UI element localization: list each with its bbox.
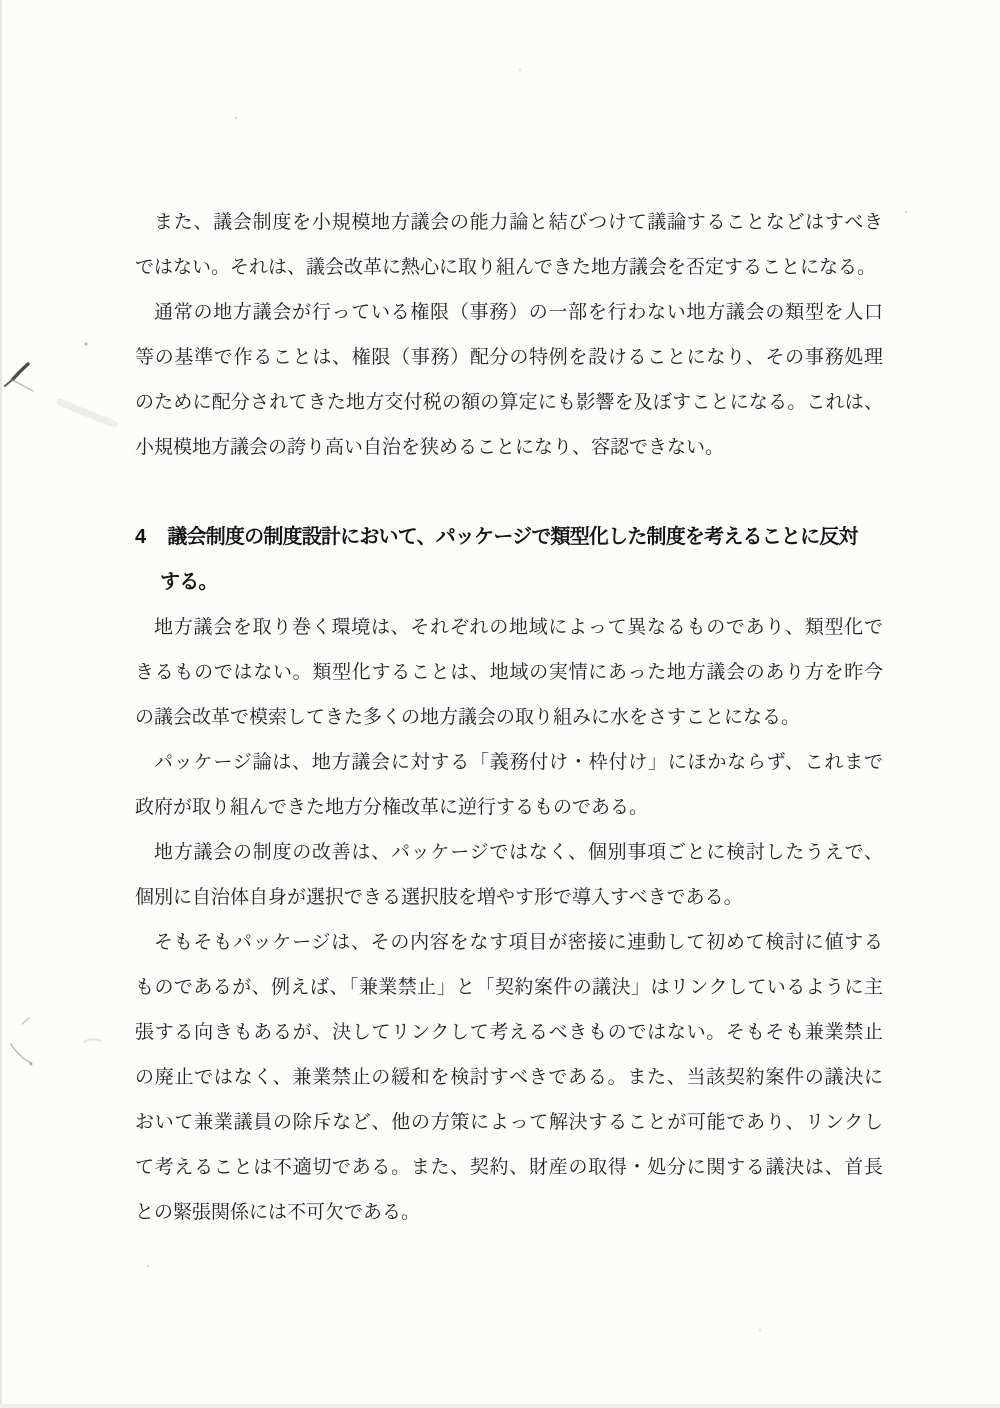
text-line: て考えることは不適切である。また、契約、財産の取得・処分に関する議決は、首長 <box>135 1145 883 1190</box>
smear-artifact <box>60 402 114 424</box>
text-line: 政府が取り組んできた地方分権改革に逆行するものである。 <box>135 785 883 830</box>
text-line: の議会改革で模索してきた多くの地方議会の取り組みに水をさすことになる。 <box>135 695 883 740</box>
text-line: 小規模地方議会の誇り高い自治を狭めることになり、容認できない。 <box>135 425 883 470</box>
paragraph: また、議会制度を小規模地方議会の能力論と結びつけて議論することなどはすべき では… <box>135 200 883 290</box>
heading-line: 4議会制度の制度設計において、パッケージで類型化した制度を考えることに反対 <box>135 515 883 560</box>
text-line: のために配分されてきた地方交付税の額の算定にも影響を及ぼすことになる。これは、 <box>135 380 883 425</box>
text-line: 通常の地方議会が行っている権限（事務）の一部を行わない地方議会の類型を人口 <box>135 290 883 335</box>
paragraph: 地方議会の制度の改善は、パッケージではなく、個別事項ごとに検討したうえで、 個別… <box>135 830 883 920</box>
text-line: そもそもパッケージは、その内容をなす項目が密接に連動して初めて検討に値する <box>135 920 883 965</box>
paragraph: 地方議会を取り巻く環境は、それぞれの地域によって異なるものであり、類型化で きる… <box>135 605 883 740</box>
text-line: 地方議会の制度の改善は、パッケージではなく、個別事項ごとに検討したうえで、 <box>135 830 883 875</box>
text-column: また、議会制度を小規模地方議会の能力論と結びつけて議論することなどはすべき では… <box>135 200 883 1235</box>
paragraph: 通常の地方議会が行っている権限（事務）の一部を行わない地方議会の類型を人口 等の… <box>135 290 883 470</box>
text-line: 張する向きもあるが、決してリンクして考えるべきものではない。そもそも兼業禁止 <box>135 1010 883 1055</box>
section-heading: 4議会制度の制度設計において、パッケージで類型化した制度を考えることに反対 する… <box>135 515 883 605</box>
streak-artifact <box>11 1018 101 1066</box>
paragraph: パッケージ論は、地方議会に対する「義務付け・枠付け」にほかならず、これまで 政府… <box>135 740 883 830</box>
text-line: の廃止ではなく、兼業禁止の緩和を検討すべきである。また、当該契約案件の議決に <box>135 1055 883 1100</box>
text-line: きるものではない。類型化することは、地域の実情にあった地方議会のあり方を昨今 <box>135 650 883 695</box>
text-line: 地方議会を取り巻く環境は、それぞれの地域によって異なるものであり、類型化で <box>135 605 883 650</box>
text-line: ではない。それは、議会改革に熱心に取り組んできた地方議会を否定することになる。 <box>135 245 883 290</box>
blank-line <box>135 470 883 515</box>
section-number: 4 <box>135 515 145 560</box>
paper-edge-bottom <box>0 1404 1000 1408</box>
text-line: 個別に自治体自身が選択できる選択肢を増やす形で導入すべきである。 <box>135 875 883 920</box>
text-line: 等の基準で作ることは、権限（事務）配分の特例を設けることになり、その事務処理 <box>135 335 883 380</box>
text-line: との緊張関係には不可欠である。 <box>135 1190 883 1235</box>
pen-mark-artifact <box>5 342 88 391</box>
text-line: ものであるが、例えば、「兼業禁止」と「契約案件の議決」はリンクしているように主 <box>135 965 883 1010</box>
text-line: パッケージ論は、地方議会に対する「義務付け・枠付け」にほかならず、これまで <box>135 740 883 785</box>
text-line: また、議会制度を小規模地方議会の能力論と結びつけて議論することなどはすべき <box>135 200 883 245</box>
paragraph: そもそもパッケージは、その内容をなす項目が密接に連動して初めて検討に値する もの… <box>135 920 883 1235</box>
heading-text: 議会制度の制度設計において、パッケージで類型化した制度を考えることに反対 <box>167 526 857 548</box>
heading-line: する。 <box>160 560 883 605</box>
paper-edge-left <box>0 0 2 1408</box>
scanned-document-page: また、議会制度を小規模地方議会の能力論と結びつけて議論することなどはすべき では… <box>0 0 1000 1408</box>
text-line: おいて兼業議員の除斥など、他の方策によって解決することが可能であり、リンクし <box>135 1100 883 1145</box>
